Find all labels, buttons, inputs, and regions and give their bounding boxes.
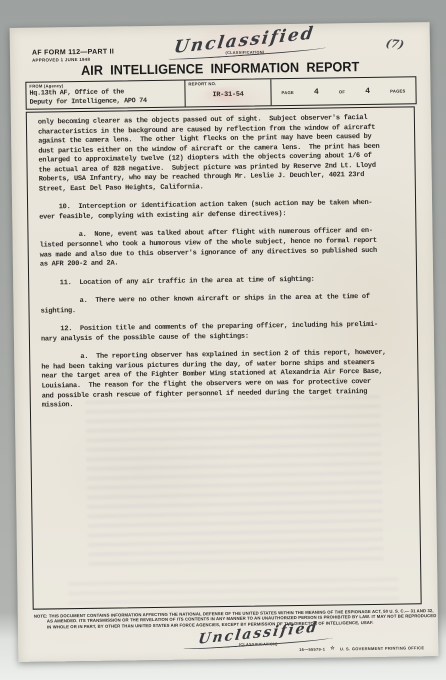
- bottom-classification-area: Unclassified (CLASSIFICATION): [173, 623, 343, 647]
- form-number: AF FORM 112—PART II: [32, 49, 114, 57]
- report-body-box: only becoming clearer as the objects pas…: [26, 106, 422, 609]
- of-label: OF: [339, 89, 345, 94]
- paragraph-item-11: 11. Location of any air traffic in the a…: [40, 274, 405, 289]
- document-paper: AF FORM 112—PART II APPROVED 1 JUNE 1948…: [10, 22, 439, 662]
- report-no-value: IR-31-54: [188, 90, 267, 99]
- ink-bleedthrough: [85, 395, 383, 571]
- page-number: 4: [314, 87, 319, 96]
- scanned-document-page: { "page": { "corner_annotation": "(7)" }…: [0, 0, 446, 680]
- pages-label: PAGES: [390, 88, 405, 93]
- report-no-cell: REPORT NO. IR-31-54: [184, 79, 270, 106]
- total-pages-number: 4: [365, 86, 370, 95]
- note-label: NOTE:: [34, 613, 48, 618]
- print-code: 16—55579-1: [299, 646, 325, 651]
- paragraph-item-10: 10. Interception or identification actio…: [39, 199, 404, 223]
- from-value: Hq.13th AF, Office of the Deputy for Int…: [29, 88, 181, 107]
- report-no-label: REPORT NO.: [188, 80, 267, 86]
- from-agency-cell: FROM (Agency) Hq.13th AF, Office of the …: [26, 81, 184, 109]
- paragraph-continuation: only becoming clearer as the objects pas…: [38, 113, 404, 194]
- paragraph-item-11a: a. There were no other known aircraft or…: [40, 293, 405, 317]
- page-label: PAGE: [281, 90, 293, 95]
- paragraph-item-12: 12. Position title and comments of the p…: [41, 321, 406, 345]
- top-classification-area: Unclassified (CLASSIFICATION): [160, 29, 330, 55]
- form-header-table: FROM (Agency) Hq.13th AF, Office of the …: [25, 76, 416, 109]
- paragraph-item-10a: a. None, event was talked about after fl…: [39, 227, 404, 270]
- gpo-text: U. S. GOVERNMENT PRINTING OFFICE: [340, 645, 424, 651]
- gpo-imprint: 16—55579-1 ☆ U. S. GOVERNMENT PRINTING O…: [299, 644, 424, 652]
- page-count-cell: PAGE 4 OF 4 PAGES: [270, 77, 415, 105]
- star-icon: ☆: [330, 645, 335, 651]
- ink-bleedthrough-lower: [68, 578, 399, 610]
- form-identification: AF FORM 112—PART II APPROVED 1 JUNE 1948: [32, 49, 114, 63]
- handwritten-corner-annotation: (7): [386, 34, 404, 52]
